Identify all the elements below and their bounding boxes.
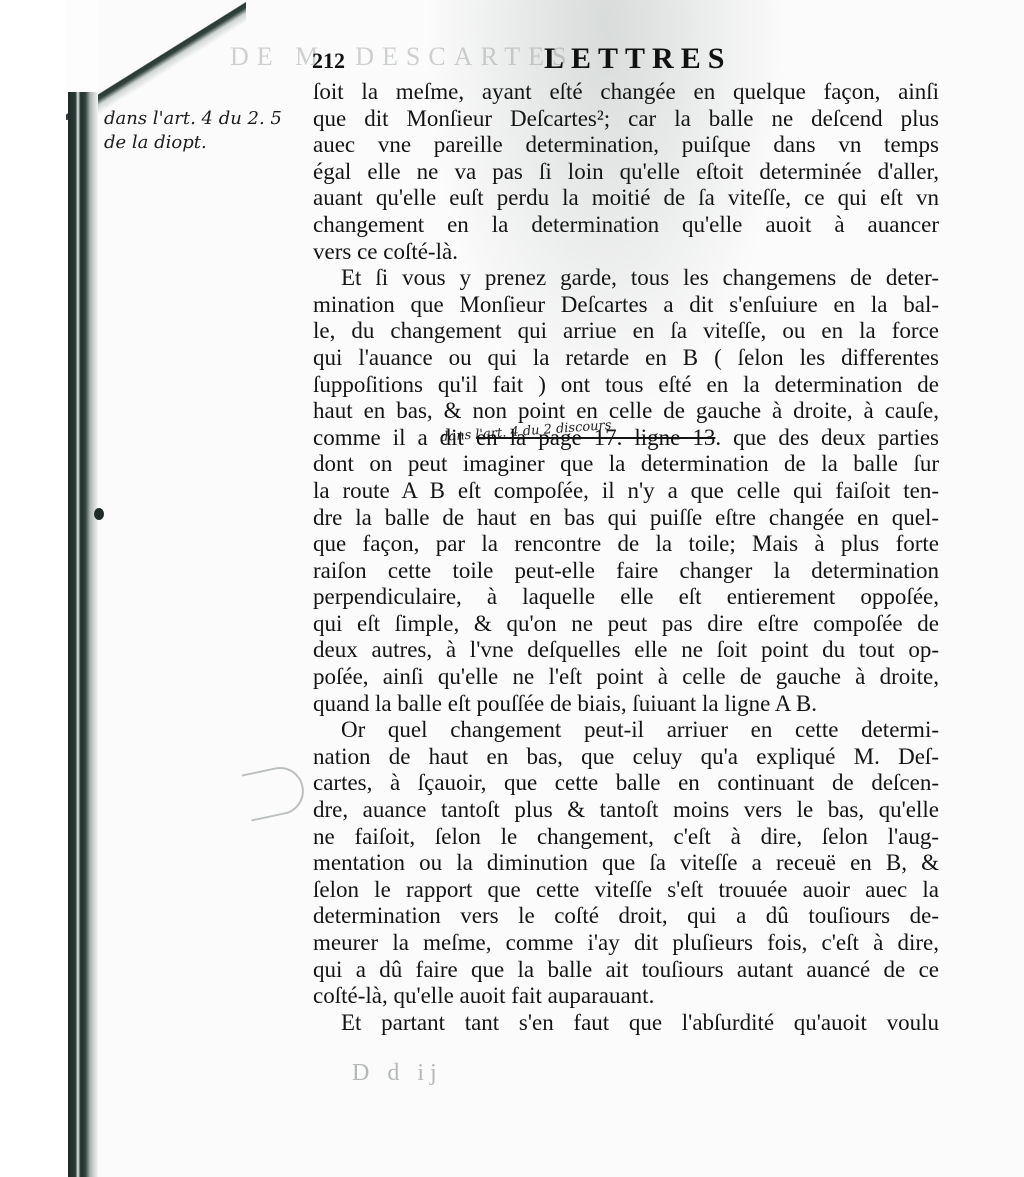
text-line: meurer la meſme, comme i'ay dit pluſieur…: [313, 930, 939, 957]
text-fragment: . que des deux parties: [715, 425, 939, 450]
margin-note-2: de la diopt.: [104, 132, 207, 153]
text-line: mination que Monſieur Deſcartes a dit s'…: [313, 292, 939, 319]
text-line: coſté-là, qu'elle auoit fait auparauant.: [313, 983, 939, 1010]
text-line: qui eſt ſimple, & qu'on ne peut pas dire…: [313, 611, 939, 638]
text-line: ſelon le rapport que cette viteſſe s'eſt…: [313, 877, 939, 904]
text-line: raiſon cette toile peut-elle faire chang…: [313, 558, 939, 585]
text-line: dre, auance tantoſt plus & tantoſt moins…: [313, 797, 939, 824]
running-head: 212 LETTRES: [312, 48, 942, 80]
text-line: determination vers le coſté droit, qui a…: [313, 903, 939, 930]
text-line: la route A B eſt compoſée, il n'y a que …: [313, 478, 939, 505]
outer-margin: [0, 0, 66, 1177]
text-line: nation de haut en bas, que celuy qu'a ex…: [313, 744, 939, 771]
body-text: ſoit la meſme, ayant eſté changée en que…: [313, 79, 939, 1036]
text-line: auant qu'elle euſt perdu la moitié de ſa…: [313, 185, 939, 212]
text-line: Et partant tant s'en faut que l'abſurdit…: [313, 1010, 939, 1037]
margin-note-1: dans l'art. 4 du 2. 5: [104, 108, 282, 129]
text-line: ſuppoſitions qu'il fait ) ont tous eſté …: [313, 372, 939, 399]
text-line: dre la balle de haut en bas qui puiſſe e…: [313, 505, 939, 532]
text-line: qui a dû faire que la balle ait touſiour…: [313, 957, 939, 984]
text-line: vers ce coſté-là.: [313, 239, 939, 266]
text-line: que façon, par la rencontre de la toile;…: [313, 531, 939, 558]
text-line: dont on peut imaginer que la determinati…: [313, 451, 939, 478]
running-title: LETTRES: [544, 42, 731, 76]
scanned-page: DE M. DESCARTES 212 LETTRES dans l'art. …: [0, 0, 1024, 1177]
text-line: auec vne pareille determination, puiſque…: [313, 132, 939, 159]
text-line-with-correction: comme il a dit en la page 17. ligne 13. …: [313, 425, 939, 452]
text-line: le, du changement qui arriue en ſa viteſ…: [313, 318, 939, 345]
text-line: égal elle ne va pas ſi loin qu'elle eſto…: [313, 159, 939, 186]
struck-reference: en la page 17. ligne 13: [476, 425, 715, 450]
text-line: perpendiculaire, à laquelle elle eſt ent…: [313, 584, 939, 611]
text-line: mentation ou la diminution que ſa viteſſ…: [313, 850, 939, 877]
text-line: Et ſi vous y prenez garde, tous les chan…: [313, 265, 939, 292]
text-line: changement en la determination qu'elle a…: [313, 212, 939, 239]
text-line: poſée, ainſi qu'elle ne l'eſt point à ce…: [313, 664, 939, 691]
binding-notch: [94, 508, 104, 520]
text-line: quand la balle eſt pouſſée de biais, ſui…: [313, 691, 939, 718]
text-line: qui l'auance ou qui la retarde en B ( ſe…: [313, 345, 939, 372]
text-line: ne faiſoit, ſelon le changement, c'eſt à…: [313, 824, 939, 851]
text-line: haut en bas, & non point en celle de gau…: [313, 398, 939, 425]
text-line: Or quel changement peut-il arriuer en ce…: [313, 717, 939, 744]
book-binding-edge: [68, 92, 98, 1177]
text-fragment: comme il a dit: [313, 425, 464, 450]
text-line: cartes, à ſçauoir, que cette balle en co…: [313, 770, 939, 797]
text-line: deux autres, à l'vne deſquelles elle ne …: [313, 637, 939, 664]
bleed-through-signature: D d ij: [352, 1060, 443, 1087]
page-number: 212: [312, 48, 345, 74]
text-line: que dit Monſieur Deſcartes²; car la ball…: [313, 106, 939, 133]
text-line: ſoit la meſme, ayant eſté changée en que…: [313, 79, 939, 106]
